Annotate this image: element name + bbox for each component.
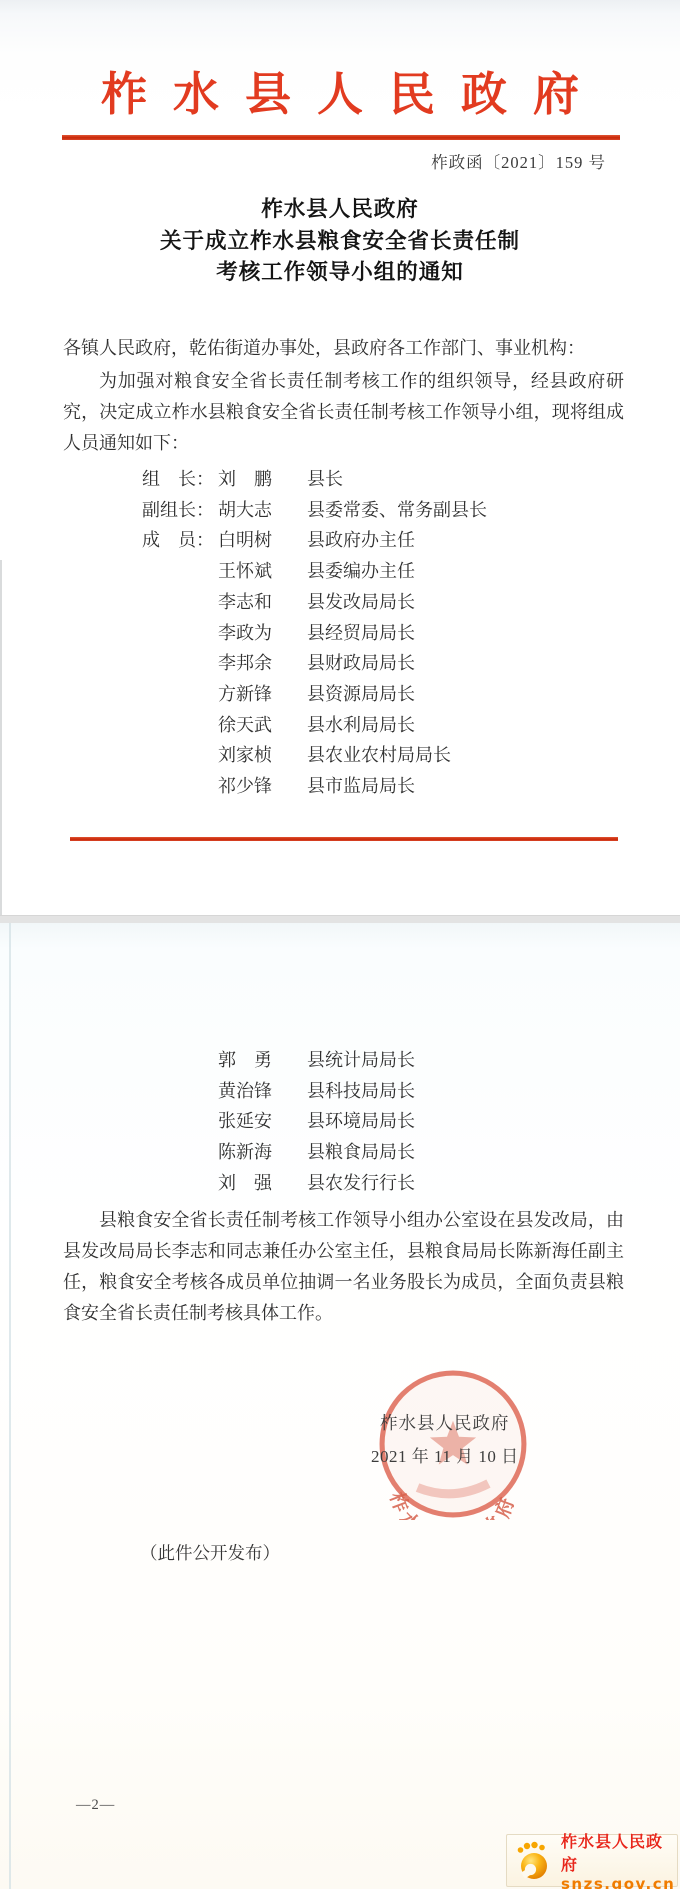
roster-row: 李邦余县财政局局长 (142, 648, 640, 679)
salutation: 各镇人民政府，乾佑街道办事处，县政府各工作部门、事业机构： (63, 334, 624, 360)
document-title-line-3: 考核工作领导小组的通知 (0, 257, 680, 289)
footprint-logo-icon (513, 1839, 553, 1883)
roster-name: 黄治锋 (218, 1076, 307, 1107)
roster-title: 县经贸局局长 (307, 618, 640, 649)
roster-role (142, 1137, 218, 1168)
site-watermark-text: 柞水县人民政府 snzs.gov.cn (561, 1829, 675, 1889)
roster-row: 副组长：胡大志县委常委、常务副县长 (142, 495, 640, 526)
roster-title: 县发改局局长 (307, 587, 640, 618)
roster-row: 成 员：白明树县政府办主任 (142, 525, 640, 556)
roster-role: 组 长： (142, 464, 218, 495)
roster-row: 陈新海县粮食局局长 (142, 1137, 640, 1168)
document-number: 柞政函〔2021〕159 号 (0, 149, 606, 173)
roster-name: 李邦余 (218, 648, 307, 679)
roster-row: 徐天武县水利局局长 (142, 710, 640, 741)
roster-name: 王怀斌 (218, 556, 307, 587)
roster-title: 县政府办主任 (307, 525, 640, 556)
roster-name: 方新锋 (218, 679, 307, 710)
roster-page2: 郭 勇县统计局局长黄治锋县科技局局长张延安县环境局局长陈新海县粮食局局长刘 强县… (142, 1045, 640, 1199)
signature-org: 柞水县人民政府 (380, 1410, 510, 1435)
roster-row: 李志和县发改局局长 (142, 587, 640, 618)
roster-row: 李政为县经贸局局长 (142, 618, 640, 649)
roster-role (142, 1045, 218, 1076)
public-release-note: （此件公开发布） (140, 1540, 280, 1565)
roster-title: 县长 (307, 464, 640, 495)
roster-name: 白明树 (218, 525, 307, 556)
roster-row: 黄治锋县科技局局长 (142, 1076, 640, 1107)
roster-title: 县市监局局长 (307, 771, 640, 802)
roster-role (142, 679, 218, 710)
document-title-line-2: 关于成立柞水县粮食安全省长责任制 (0, 226, 680, 258)
page-1: 柞水县人民政府 柞政函〔2021〕159 号 柞水县人民政府 关于成立柞水县粮食… (0, 0, 680, 915)
roster-title: 县水利局局长 (307, 710, 640, 741)
roster-role (142, 618, 218, 649)
roster-title: 县农发行行长 (307, 1168, 640, 1199)
roster-role (142, 740, 218, 771)
signature-date: 2021 年 11 月 10 日 (371, 1442, 519, 1467)
roster-role (142, 1076, 218, 1107)
roster-name: 李政为 (218, 618, 307, 649)
page-number: —2— (76, 1797, 115, 1814)
roster-title: 县环境局局长 (307, 1106, 640, 1137)
roster-name: 徐天武 (218, 710, 307, 741)
roster-role (142, 1168, 218, 1199)
document-title-line-1: 柞水县人民政府 (0, 194, 680, 226)
roster-row: 组 长：刘 鹏县长 (142, 464, 640, 495)
site-url: snzs.gov.cn (561, 1875, 675, 1889)
roster-role (142, 1106, 218, 1137)
roster-name: 李志和 (218, 587, 307, 618)
roster-name: 祁少锋 (218, 771, 307, 802)
roster-title: 县委常委、常务副县长 (307, 495, 640, 526)
roster-row: 郭 勇县统计局局长 (142, 1045, 640, 1076)
roster-row: 方新锋县资源局局长 (142, 679, 640, 710)
intro-paragraph: 为加强对粮食安全省长责任制考核工作的组织领导，经县政府研究，决定成立柞水县粮食安… (63, 366, 624, 459)
roster-name: 刘 鹏 (218, 464, 307, 495)
roster-name: 郭 勇 (218, 1045, 307, 1076)
site-watermark-badge: 柞水县人民政府 snzs.gov.cn (506, 1834, 678, 1887)
roster-title: 县资源局局长 (307, 679, 640, 710)
closing-paragraph: 县粮食安全省长责任制考核工作领导小组办公室设在县发改局，由县发改局局长李志和同志… (63, 1205, 624, 1329)
roster-page1: 组 长：刘 鹏县长副组长：胡大志县委常委、常务副县长成 员：白明树县政府办主任王… (142, 464, 640, 802)
roster-title: 县农业农村局局长 (307, 740, 640, 771)
roster-name: 刘家桢 (218, 740, 307, 771)
roster-row: 刘 强县农发行行长 (142, 1168, 640, 1199)
roster-row: 祁少锋县市监局局长 (142, 771, 640, 802)
roster-title: 县科技局局长 (307, 1076, 640, 1107)
document-title: 柞水县人民政府 关于成立柞水县粮食安全省长责任制 考核工作领导小组的通知 (0, 194, 680, 289)
roster-row: 刘家桢县农业农村局局长 (142, 740, 640, 771)
roster-role (142, 771, 218, 802)
roster-name: 张延安 (218, 1106, 307, 1137)
roster-role: 成 员： (142, 525, 218, 556)
document-viewer: 柞水县人民政府 柞政函〔2021〕159 号 柞水县人民政府 关于成立柞水县粮食… (0, 0, 680, 1889)
roster-row: 张延安县环境局局长 (142, 1106, 640, 1137)
roster-title: 县统计局局长 (307, 1045, 640, 1076)
roster-name: 陈新海 (218, 1137, 307, 1168)
roster-role (142, 587, 218, 618)
roster-row: 王怀斌县委编办主任 (142, 556, 640, 587)
roster-role (142, 648, 218, 679)
page1-bottom-red-rule (70, 837, 618, 841)
page-2: 郭 勇县统计局局长黄治锋县科技局局长张延安县环境局局长陈新海县粮食局局长刘 强县… (0, 923, 680, 1889)
roster-role (142, 710, 218, 741)
roster-role: 副组长： (142, 495, 218, 526)
roster-title: 县财政局局长 (307, 648, 640, 679)
letterhead-red-rule (62, 135, 620, 140)
roster-title: 县委编办主任 (307, 556, 640, 587)
roster-name: 胡大志 (218, 495, 307, 526)
site-name: 柞水县人民政府 (561, 1829, 675, 1875)
roster-title: 县粮食局局长 (307, 1137, 640, 1168)
roster-role (142, 556, 218, 587)
roster-name: 刘 强 (218, 1168, 307, 1199)
letterhead-title: 柞水县人民政府 (0, 58, 680, 124)
